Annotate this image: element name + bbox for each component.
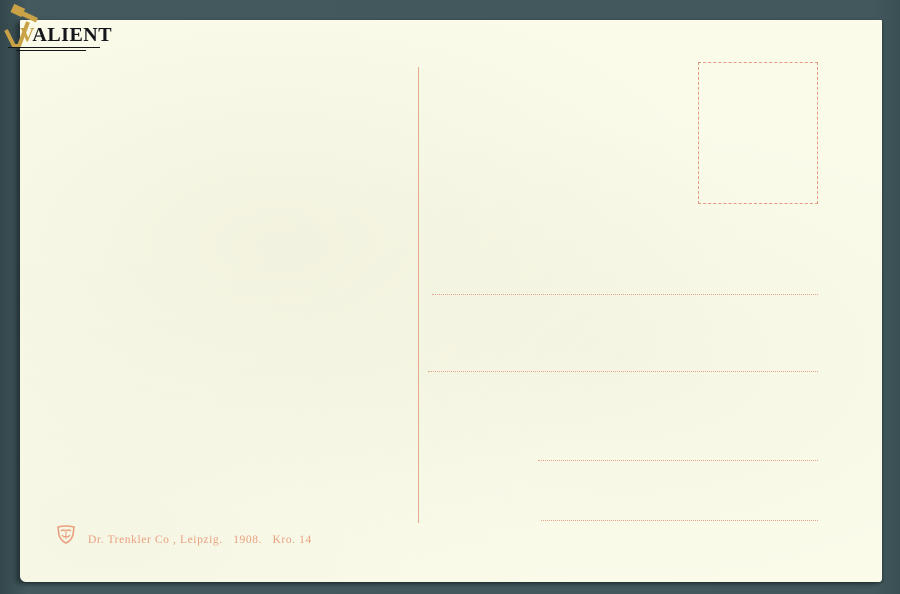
publisher-mask-logo-icon	[56, 524, 76, 544]
publisher-imprint: Dr. Trenkler Co , Leipzig. 1908. Kro. 14	[56, 530, 312, 546]
watermark-underline-secondary	[16, 50, 86, 51]
address-line-2	[428, 371, 818, 372]
message-address-divider	[418, 67, 419, 523]
postcard: Dr. Trenkler Co , Leipzig. 1908. Kro. 14	[20, 20, 882, 582]
address-line-4	[541, 520, 818, 521]
address-line-1	[432, 294, 818, 295]
watermark-text: VALIENT	[20, 24, 112, 47]
publication-year: 1908.	[233, 534, 262, 546]
stamp-placement-box	[698, 62, 818, 204]
address-line-3	[538, 460, 818, 461]
publisher-name: Dr. Trenkler Co , Leipzig.	[88, 534, 223, 546]
series-number: Kro. 14	[273, 534, 312, 546]
valient-watermark: VALIENT	[2, 4, 122, 52]
watermark-underline	[8, 47, 100, 48]
